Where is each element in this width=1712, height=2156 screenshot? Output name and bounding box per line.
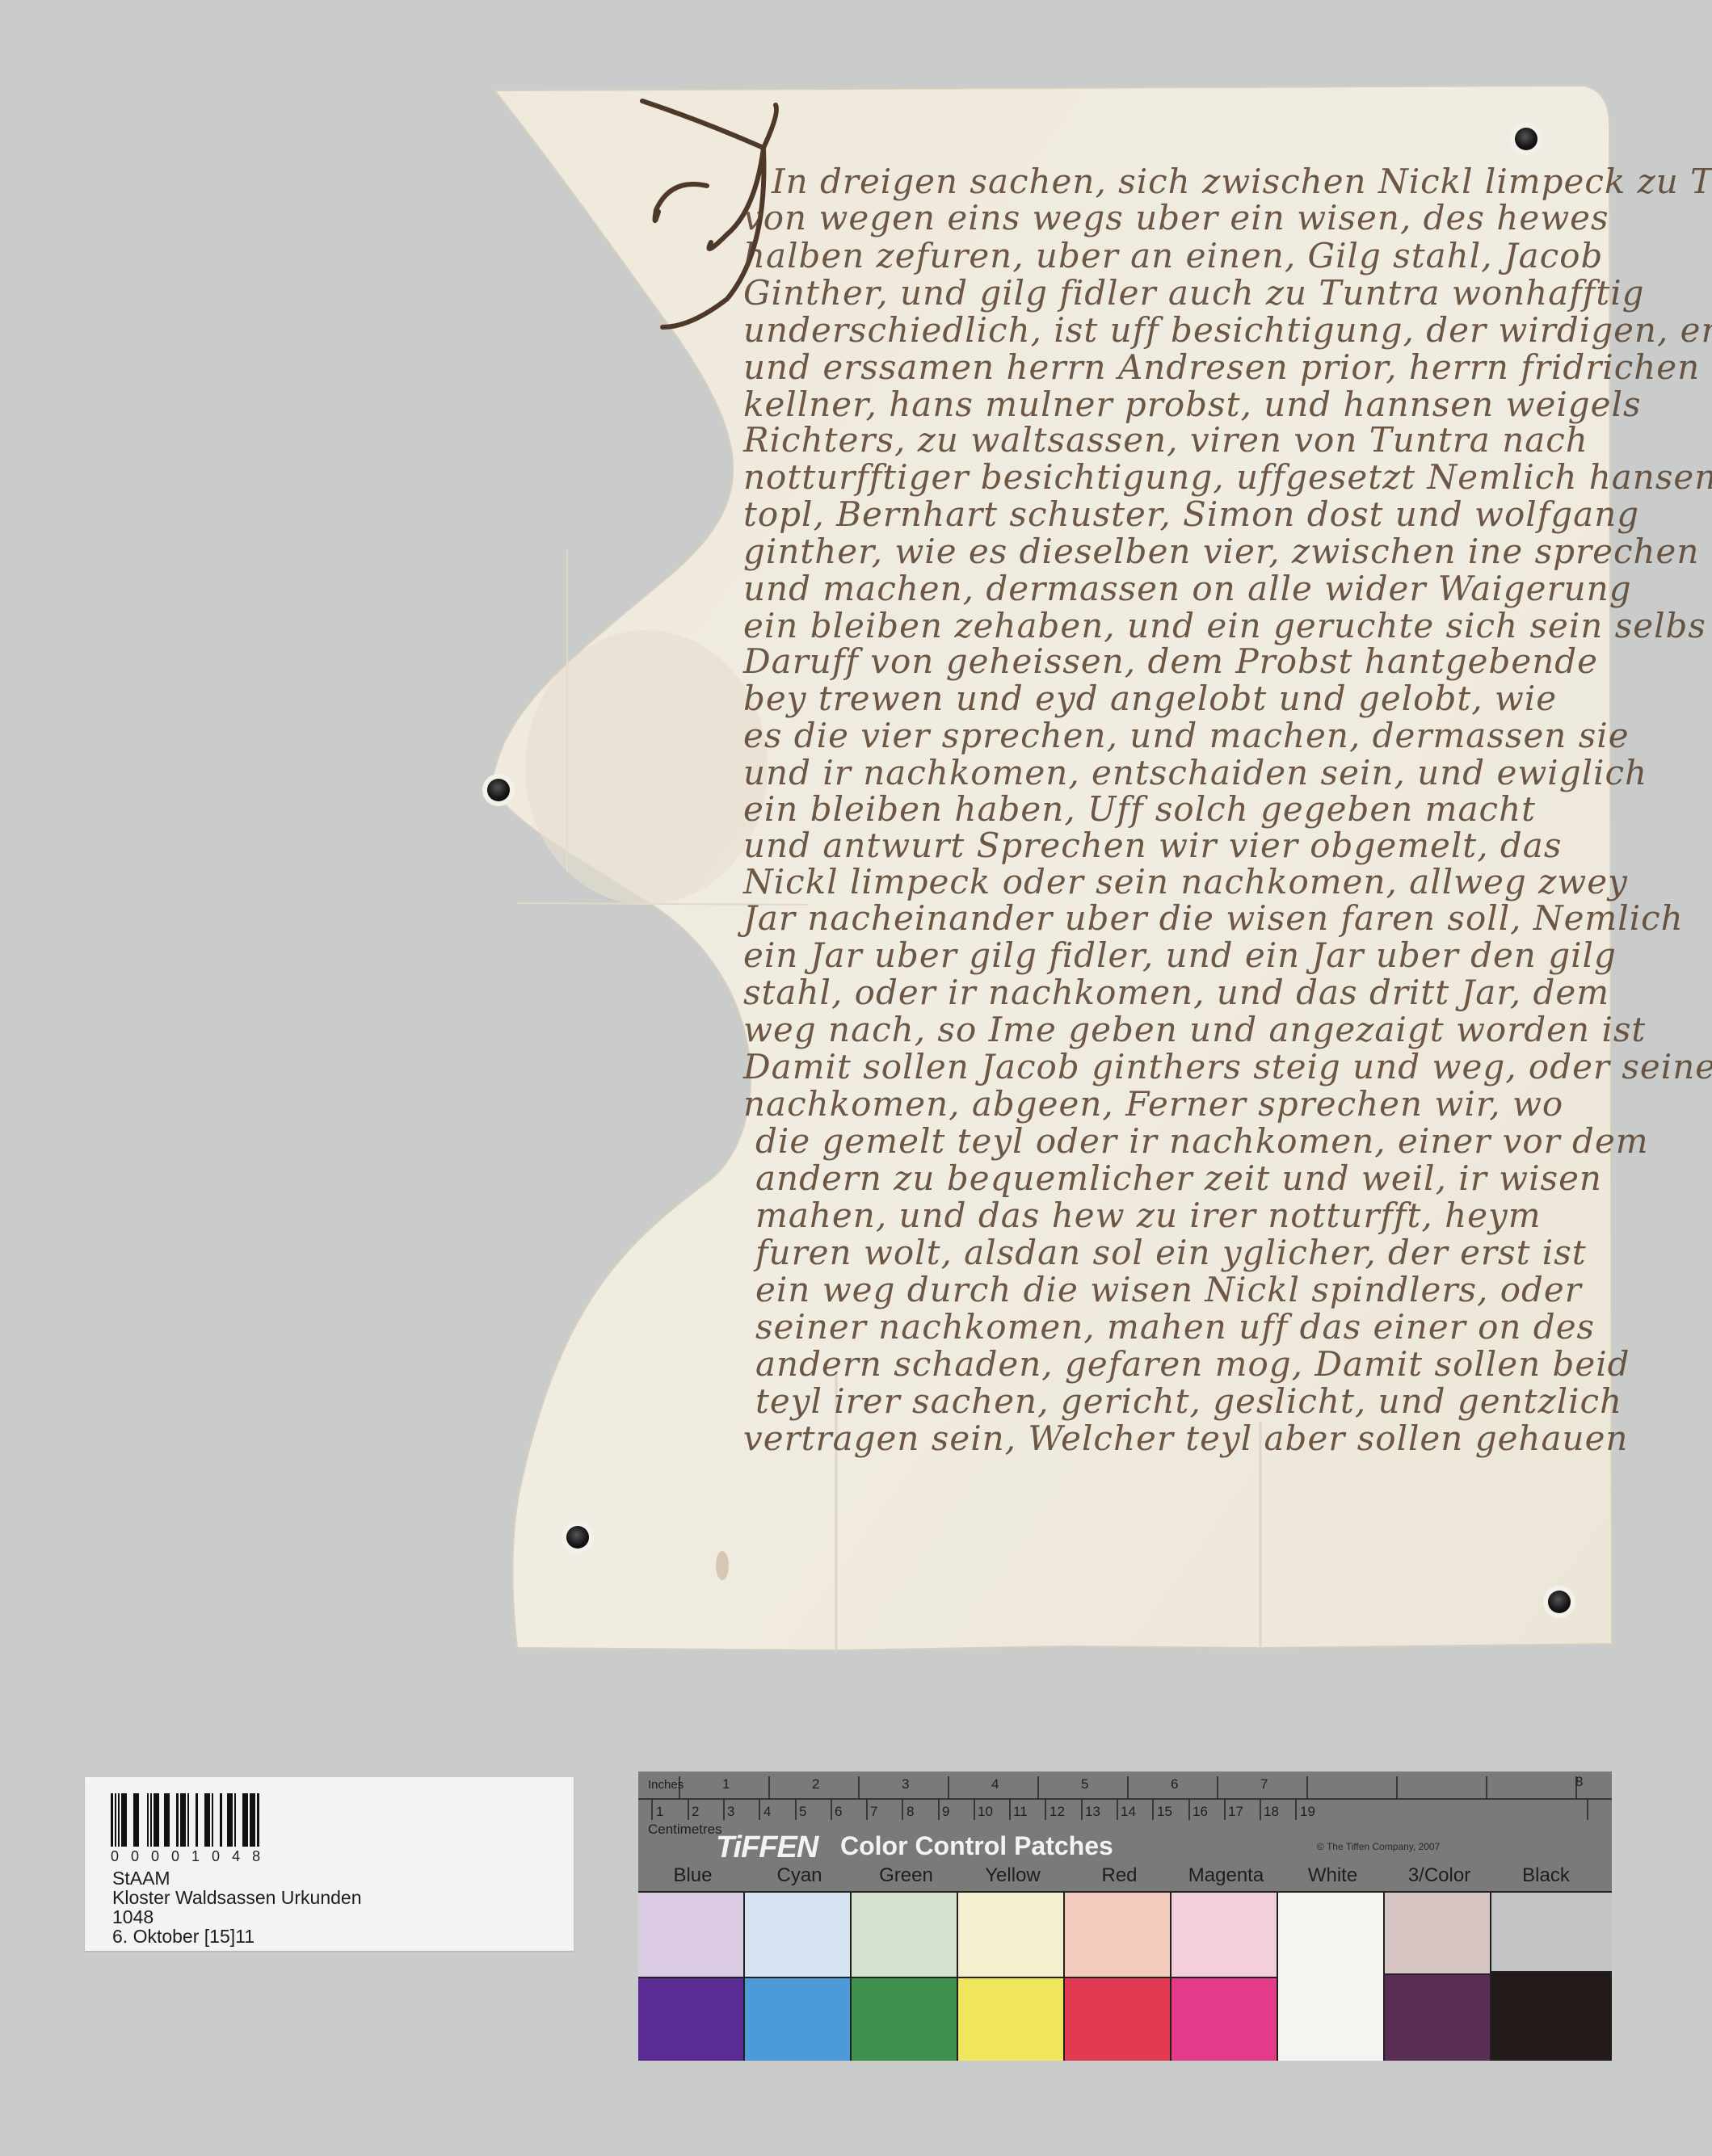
manuscript-line: mahen, und das hew zu irer notturfft, he… — [755, 1196, 1542, 1235]
patch-green-light — [852, 1893, 958, 1977]
mounting-hole — [1548, 1591, 1571, 1613]
patch-label-white: White — [1280, 1864, 1386, 1887]
manuscript-line: Daruff von geheissen, dem Probst hantgeb… — [743, 641, 1598, 681]
inch-tick-label: 3 — [902, 1776, 909, 1792]
manuscript-line: bey trewen und eyd angelobt und gelobt, … — [743, 679, 1557, 718]
inch-tick-label: 7 — [1260, 1776, 1268, 1792]
patch-yellow-dark — [958, 1977, 1065, 2061]
manuscript-line: underschiedlich, ist uff besichtigung, d… — [743, 310, 1712, 350]
patch-label-green: Green — [853, 1864, 959, 1887]
patch-3color-dark — [1385, 1973, 1491, 2061]
archive-name: StAAM — [112, 1869, 362, 1889]
centimetres-label: Centimetres — [648, 1822, 722, 1838]
cm-tick-label: 3 — [727, 1804, 734, 1820]
cm-tick-label: 17 — [1228, 1804, 1243, 1820]
inch-tick-label: 5 — [1081, 1776, 1088, 1792]
manuscript-line: ein Jar uber gilg fidler, und ein Jar ub… — [743, 935, 1617, 975]
patch-label-black: Black — [1493, 1864, 1599, 1887]
barcode-number: 00001048 — [111, 1848, 272, 1865]
manuscript-line: und ir nachkomen, entschaiden sein, und … — [743, 753, 1647, 792]
barcode — [111, 1793, 261, 1847]
manuscript-line: und erssamen herrn Andresen prior, herrn… — [743, 347, 1700, 387]
manuscript-line: andern schaden, gefaren mog, Damit solle… — [755, 1344, 1630, 1384]
cm-tick-label: 1 — [656, 1804, 663, 1820]
manuscript-line: halben zefuren, uber an einen, Gilg stah… — [743, 236, 1603, 275]
cm-tick-label: 19 — [1300, 1804, 1315, 1820]
patch-red-dark — [1065, 1977, 1171, 2061]
manuscript-line: vertragen sein, Welcher teyl aber sollen… — [743, 1418, 1628, 1458]
manuscript-line: Jar nacheinander uber die wisen faren so… — [743, 898, 1684, 938]
cm-tick-label: 14 — [1121, 1804, 1136, 1820]
manuscript-line: Ginther, und gilg fidler auch zu Tuntra … — [743, 273, 1645, 313]
cm-tick-label: 4 — [763, 1804, 771, 1820]
manuscript-line: Richters, zu waltsassen, viren von Tuntr… — [743, 420, 1588, 460]
manuscript-line: weg nach, so Ime geben und angezaigt wor… — [743, 1010, 1646, 1049]
manuscript-line: Nickl limpeck oder sein nachkomen, allwe… — [743, 862, 1628, 901]
mounting-hole — [1515, 128, 1537, 150]
inch-tick-label: 6 — [1171, 1776, 1178, 1792]
patch-black-light — [1491, 1893, 1612, 1971]
manuscript-line: ein weg durch die wisen Nickl spindlers,… — [755, 1270, 1582, 1309]
manuscript-line: von wegen eins wegs uber ein wisen, des … — [743, 198, 1609, 237]
cm-tick-label: 16 — [1193, 1804, 1208, 1820]
mounting-hole — [487, 779, 510, 801]
document-number: 1048 — [112, 1908, 362, 1927]
inch-tick-label: 1 — [722, 1776, 730, 1792]
patch-label-blue: Blue — [640, 1864, 746, 1887]
manuscript-line: und machen, dermassen on alle wider Waig… — [743, 569, 1632, 608]
patch-magenta-dark — [1171, 1977, 1278, 2061]
patch-blue-dark — [638, 1977, 745, 2061]
manuscript-line: stahl, oder ir nachkomen, und das dritt … — [743, 973, 1609, 1012]
patch-label-yellow: Yellow — [960, 1864, 1066, 1887]
manuscript-line: die gemelt teyl oder ir nachkomen, einer… — [755, 1121, 1649, 1161]
patch-yellow-light — [958, 1893, 1065, 1977]
manuscript-line: kellner, hans mulner probst, und hannsen… — [743, 385, 1642, 424]
inch-tick-label: 8 — [1575, 1774, 1583, 1790]
manuscript-line: topl, Bernhart schuster, Simon dost und … — [743, 494, 1639, 534]
card-title: Color Control Patches — [840, 1831, 1113, 1861]
patch-3color-light — [1385, 1893, 1491, 1973]
cm-tick-label: 10 — [978, 1804, 993, 1820]
manuscript-line: und antwurt Sprechen wir vier obgemelt, … — [743, 826, 1562, 865]
inch-tick-label: 4 — [991, 1776, 999, 1792]
cm-tick-label: 15 — [1157, 1804, 1172, 1820]
manuscript-line: ginther, wie es dieselben vier, zwischen… — [743, 532, 1699, 571]
collection-name: Kloster Waldsassen Urkunden — [112, 1889, 362, 1908]
patch-label-3color: 3/Color — [1386, 1864, 1492, 1887]
manuscript-line: ein bleiben haben, Uff solch gegeben mac… — [743, 789, 1536, 829]
patch-label-cyan: Cyan — [747, 1864, 852, 1887]
manuscript-line: seiner nachkomen, mahen uff das einer on… — [755, 1307, 1595, 1347]
mounting-hole — [566, 1526, 589, 1549]
patch-cyan-light — [745, 1893, 852, 1977]
color-control-card: Inches 1 2 3 4 5 6 7 8 1 2 3 4 5 6 7 8 9… — [638, 1771, 1612, 2061]
inch-tick-label: 2 — [812, 1776, 819, 1792]
cm-tick-label: 2 — [692, 1804, 699, 1820]
manuscript-line: Damit sollen Jacob ginthers steig und we… — [743, 1047, 1712, 1086]
cm-tick-label: 12 — [1049, 1804, 1065, 1820]
manuscript-line: nachkomen, abgeen, Ferner sprechen wir, … — [743, 1084, 1563, 1124]
patch-label-red: Red — [1066, 1864, 1172, 1887]
cm-tick-label: 11 — [1013, 1804, 1028, 1820]
manuscript-line: teyl irer sachen, gericht, geslicht, und… — [755, 1381, 1622, 1421]
archive-label: 00001048 StAAM Kloster Waldsassen Urkund… — [85, 1777, 574, 1951]
inches-label: Inches — [648, 1778, 684, 1792]
cm-tick-label: 8 — [906, 1804, 914, 1820]
manuscript-line: In dreigen sachen, sich zwischen Nickl l… — [772, 162, 1712, 201]
cm-tick-label: 18 — [1264, 1804, 1279, 1820]
patch-cyan-dark — [745, 1977, 852, 2061]
cm-tick-label: 13 — [1085, 1804, 1100, 1820]
cm-tick-label: 5 — [799, 1804, 806, 1820]
manuscript-line: ein bleiben zehaben, und ein geruchte si… — [743, 606, 1706, 645]
cm-tick-label: 9 — [942, 1804, 949, 1820]
patch-green-dark — [852, 1977, 958, 2061]
patch-magenta-light — [1171, 1893, 1278, 1977]
manuscript-line: es die vier sprechen, und machen, dermas… — [743, 716, 1630, 755]
patch-red-light — [1065, 1893, 1171, 1977]
copyright-notice: © The Tiffen Company, 2007 — [1317, 1841, 1440, 1852]
manuscript-line: notturfftiger besichtigung, uffgesetzt N… — [743, 457, 1712, 497]
patch-blue-light — [638, 1893, 745, 1977]
manuscript-line: andern zu bequemlicher zeit und weil, ir… — [755, 1158, 1602, 1198]
tiffen-logo: TiFFEN — [716, 1830, 818, 1865]
patch-label-magenta: Magenta — [1173, 1864, 1279, 1887]
patch-black-dark — [1491, 1971, 1612, 2061]
manuscript-line: furen wolt, alsdan sol ein yglicher, der… — [755, 1233, 1587, 1272]
cm-tick-label: 6 — [835, 1804, 842, 1820]
cm-tick-label: 7 — [870, 1804, 877, 1820]
patch-white — [1278, 1893, 1385, 2061]
document-date: 6. Oktober [15]11 — [112, 1927, 362, 1947]
